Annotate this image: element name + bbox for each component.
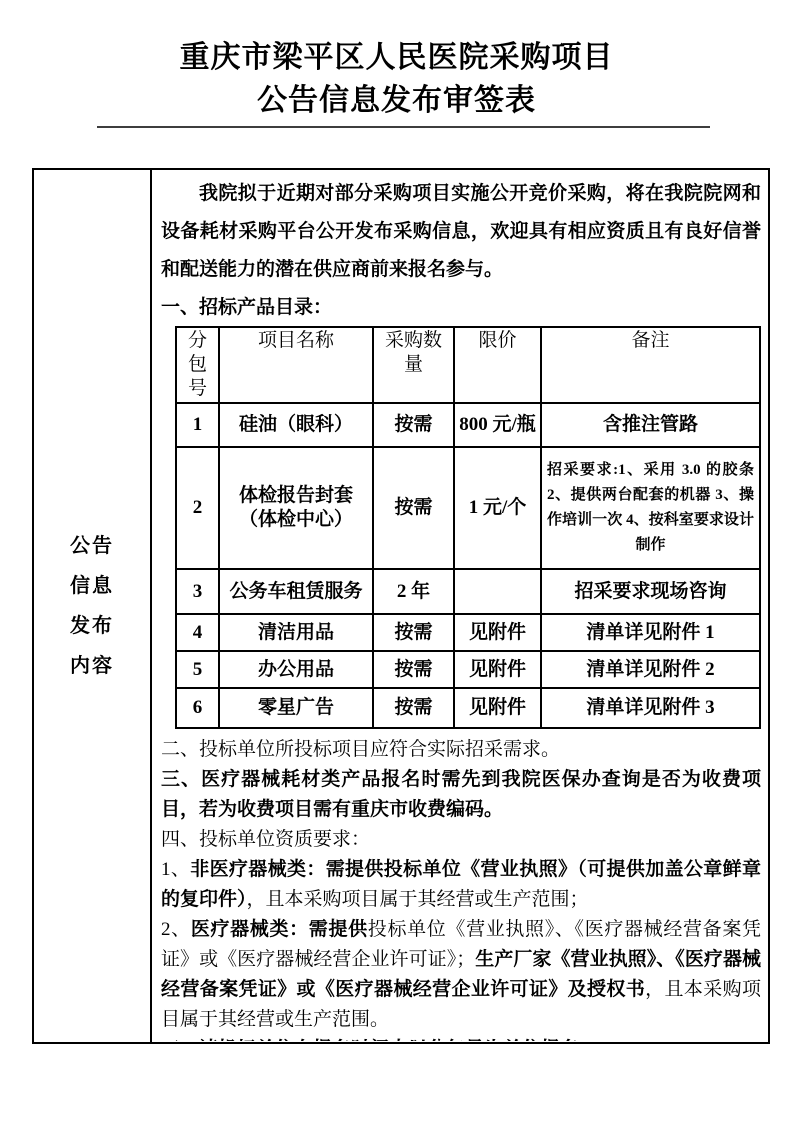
cell-price-limit: 1 元/个	[454, 447, 541, 569]
cell-pkg-no: 1	[176, 403, 219, 447]
cell-purchase-qty: 按需	[373, 651, 454, 688]
catalog-table-head: 分包号项目名称采购数量限价备注	[176, 327, 760, 403]
row-label-text: 内容	[70, 646, 114, 686]
item-4-2: 2、医疗器械类：需提供投标单位《营业执照》、《医疗器械经营备案凭证》或《医疗器械…	[161, 915, 761, 1035]
item-5-text: 五、	[161, 1039, 199, 1041]
row-label-cell: 公告信息发布内容	[33, 169, 151, 1043]
cell-purchase-qty: 按需	[373, 403, 454, 447]
cell-price-limit: 见附件	[454, 688, 541, 728]
item-5: 五、请投标单位在报名时间内以分包号为单位报名。	[161, 1035, 761, 1041]
item-2-text: 二、投标单位所投标项目应符合实际招采需求。	[161, 739, 560, 760]
row-label-text: 信息	[70, 566, 114, 606]
item-2: 二、投标单位所投标项目应符合实际招采需求。	[161, 735, 761, 765]
item-4-1: 1、非医疗器械类：需提供投标单位《营业执照》（可提供加盖公章鲜章的复印件），且本…	[161, 855, 761, 915]
catalog-row: 5办公用品按需见附件清单详见附件 2	[176, 651, 760, 688]
col-header-pkg-no: 分包号	[176, 327, 219, 403]
announcement-content: 我院拟于近期对部分采购项目实施公开竞价采购，将在我院院网和设备耗材采购平台公开发…	[153, 171, 767, 1041]
cell-remark: 清单详见附件 1	[541, 614, 760, 651]
cell-pkg-no: 4	[176, 614, 219, 651]
catalog-table-body: 1硅油（眼科）按需800 元/瓶含推注管路2体检报告封套（体检中心）按需1 元/…	[176, 403, 760, 728]
title-underline	[97, 126, 710, 128]
terms-paragraphs: 二、投标单位所投标项目应符合实际招采需求。三、医疗器械耗材类产品报名时需先到我院…	[155, 729, 763, 1041]
catalog-row: 1硅油（眼科）按需800 元/瓶含推注管路	[176, 403, 760, 447]
item-3-bold-text: 三、医疗器械耗材类产品报名时需先到我院医保办查询是否为收费项目，若为收费项目需有…	[161, 769, 761, 820]
cell-pkg-no: 6	[176, 688, 219, 728]
cell-remark: 含推注管路	[541, 403, 760, 447]
cell-purchase-qty: 按需	[373, 614, 454, 651]
document-page: 重庆市梁平区人民医院采购项目 公告信息发布审签表 公告信息发布内容 我院拟于近期…	[0, 0, 793, 1122]
catalog-row: 4清洁用品按需见附件清单详见附件 1	[176, 614, 760, 651]
cell-price-limit	[454, 569, 541, 614]
row-label-text: 发布	[70, 606, 114, 646]
cell-project-name: 公务车租赁服务	[219, 569, 373, 614]
catalog-row: 3公务车租赁服务2 年招采要求现场咨询	[176, 569, 760, 614]
col-header-project-name: 项目名称	[219, 327, 373, 403]
catalog-table: 分包号项目名称采购数量限价备注 1硅油（眼科）按需800 元/瓶含推注管路2体检…	[175, 326, 761, 729]
item-4-2-text: 2、	[161, 919, 191, 940]
cell-remark: 招采要求现场咨询	[541, 569, 760, 614]
item-4-1-text: ，且本采购项目属于其经营或生产范围；	[247, 889, 589, 910]
cell-project-name: 体检报告封套（体检中心）	[219, 447, 373, 569]
cell-project-name: 零星广告	[219, 688, 373, 728]
cell-price-limit: 见附件	[454, 614, 541, 651]
item-4-text: 四、投标单位资质要求：	[161, 829, 370, 850]
cell-remark: 清单详见附件 3	[541, 688, 760, 728]
item-3: 三、医疗器械耗材类产品报名时需先到我院医保办查询是否为收费项目，若为收费项目需有…	[161, 765, 761, 825]
catalog-heading: 一、招标产品目录：	[155, 289, 763, 326]
item-4-2-bold-text: 医疗器械类：需提供	[191, 919, 368, 940]
cell-project-name: 办公用品	[219, 651, 373, 688]
cell-purchase-qty: 按需	[373, 447, 454, 569]
catalog-row: 2体检报告封套（体检中心）按需1 元/个招采要求:1、采用 3.0 的胶条 2、…	[176, 447, 760, 569]
col-header-purchase-qty: 采购数量	[373, 327, 454, 403]
row-label-stack: 公告信息发布内容	[35, 526, 149, 686]
cell-pkg-no: 2	[176, 447, 219, 569]
cell-price-limit: 见附件	[454, 651, 541, 688]
cell-pkg-no: 3	[176, 569, 219, 614]
item-4-1-text: 1、	[161, 859, 190, 880]
cell-pkg-no: 5	[176, 651, 219, 688]
item-4: 四、投标单位资质要求：	[161, 825, 761, 855]
cell-purchase-qty: 2 年	[373, 569, 454, 614]
cell-project-name: 硅油（眼科）	[219, 403, 373, 447]
intro-paragraph: 我院拟于近期对部分采购项目实施公开竞价采购，将在我院院网和设备耗材采购平台公开发…	[155, 173, 763, 289]
col-header-price-limit: 限价	[454, 327, 541, 403]
cell-remark: 清单详见附件 2	[541, 651, 760, 688]
doc-title-line1: 重庆市梁平区人民医院采购项目	[0, 36, 793, 79]
cell-remark: 招采要求:1、采用 3.0 的胶条 2、提供两台配套的机器 3、操作培训一次 4…	[541, 447, 760, 569]
announcement-row: 公告信息发布内容 我院拟于近期对部分采购项目实施公开竞价采购，将在我院院网和设备…	[33, 169, 769, 1043]
catalog-header-row: 分包号项目名称采购数量限价备注	[176, 327, 760, 403]
document-header: 重庆市梁平区人民医院采购项目 公告信息发布审签表	[0, 0, 793, 122]
catalog-row: 6零星广告按需见附件清单详见附件 3	[176, 688, 760, 728]
row-label-text: 公告	[70, 526, 114, 566]
cell-purchase-qty: 按需	[373, 688, 454, 728]
approval-form-table: 公告信息发布内容 我院拟于近期对部分采购项目实施公开竞价采购，将在我院院网和设备…	[32, 168, 770, 1044]
item-5-bold-text: 请投标单位在报名时间内以分包号为单位报名。	[199, 1039, 598, 1041]
col-header-remark: 备注	[541, 327, 760, 403]
cell-project-name: 清洁用品	[219, 614, 373, 651]
announcement-content-cell: 我院拟于近期对部分采购项目实施公开竞价采购，将在我院院网和设备耗材采购平台公开发…	[151, 169, 769, 1043]
cell-price-limit: 800 元/瓶	[454, 403, 541, 447]
doc-title-line2: 公告信息发布审签表	[0, 79, 793, 122]
